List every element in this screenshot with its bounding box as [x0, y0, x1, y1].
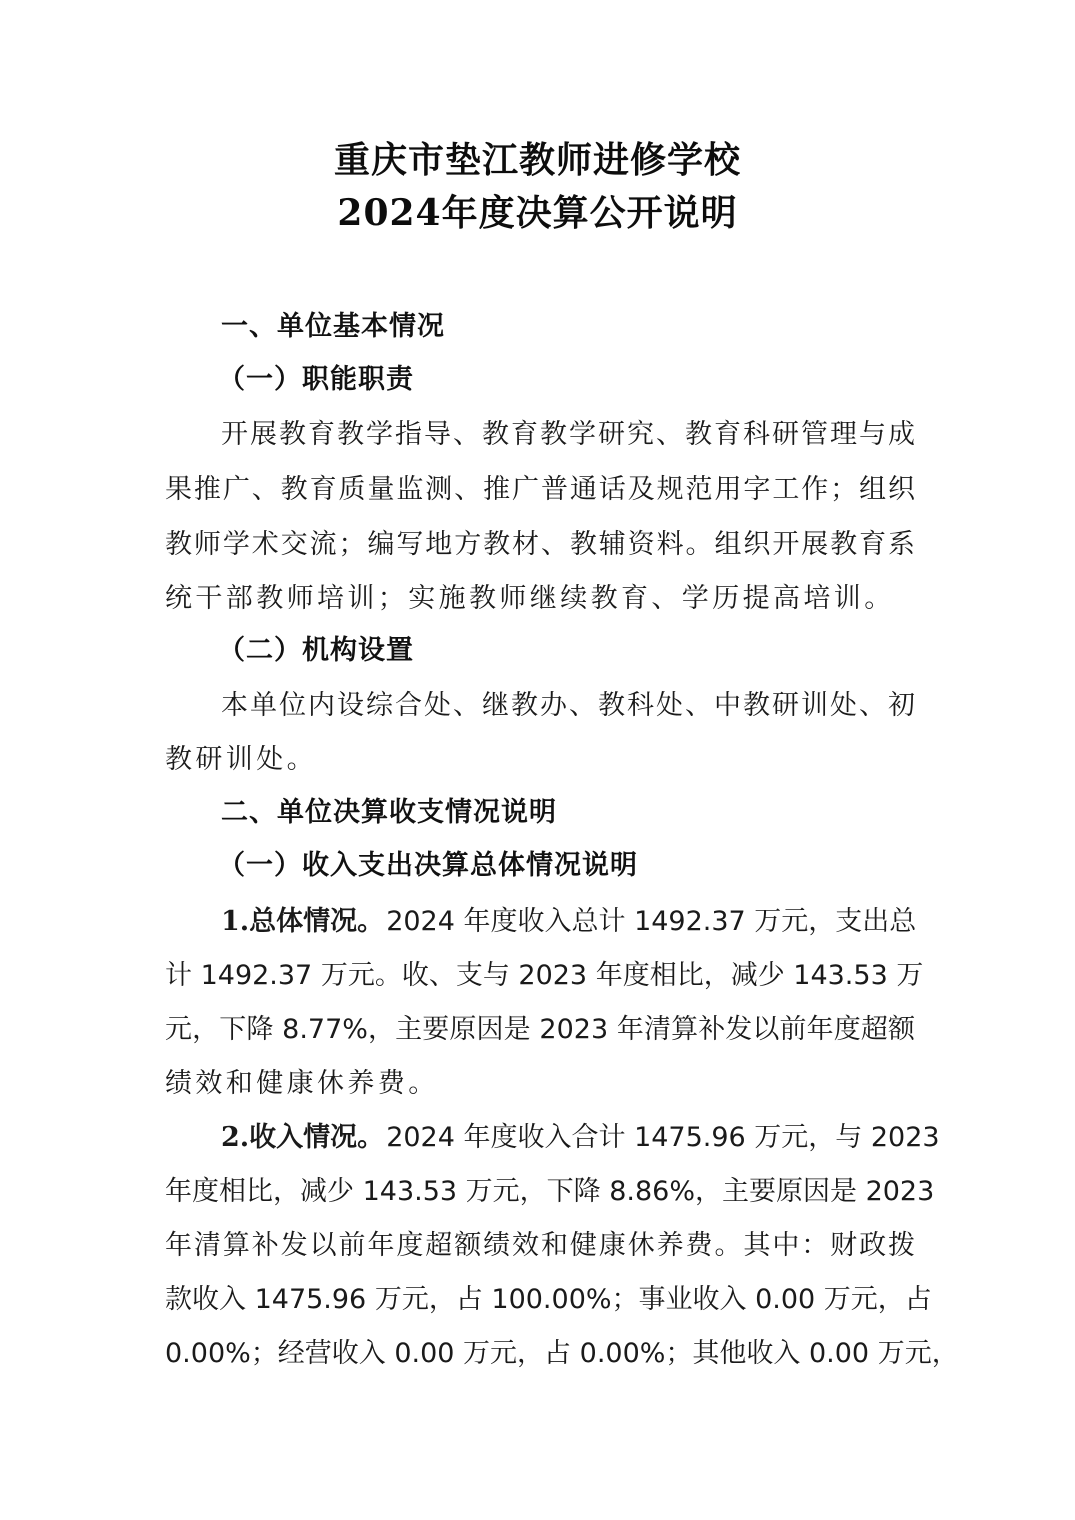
- paragraph-line-with-lead: 2.收入情况。 2024 年度收入合计 1475.96 万元，与 2023: [221, 1122, 915, 1154]
- paragraph-line: 教研训处。: [165, 744, 915, 776]
- paragraph-line-with-lead: 1.总体情况。 2024 年度收入总计 1492.37 万元，支出总: [221, 906, 915, 938]
- paragraph-line: 果推广、教育质量监测、推广普通话及规范用字工作；组织: [165, 474, 915, 506]
- paragraph-line: 款收入 1475.96 万元，占 100.00%；事业收入 0.00 万元，占: [165, 1284, 915, 1316]
- subsection-heading-overall: （一）收入支出决算总体情况说明: [218, 850, 912, 882]
- paragraph-line: 绩效和健康休养费。: [165, 1068, 915, 1100]
- paragraph-line: 统干部教师培训；实施教师继续教育、学历提高培训。: [165, 583, 915, 615]
- document-page: 重庆市垫江教师进修学校 2024年度决算公开说明 一、单位基本情况 （一）职能职…: [0, 0, 1075, 1520]
- paragraph-line: 计 1492.37 万元。收、支与 2023 年度相比，减少 143.53 万: [165, 960, 915, 992]
- paragraph-line: 教师学术交流；编写地方教材、教辅资料。组织开展教育系: [165, 529, 915, 561]
- paragraph-line: 元，下降 8.77%，主要原因是 2023 年清算补发以前年度超额: [165, 1014, 915, 1046]
- paragraph-text: 2024 年度收入总计 1492.37 万元，支出总: [386, 906, 916, 938]
- paragraph-line: 0.00%；经营收入 0.00 万元，占 0.00%；其他收入 0.00 万元，: [165, 1338, 915, 1370]
- paragraph-lead-overall: 1.总体情况。: [221, 906, 384, 938]
- section-heading-unit-basic-info: 一、单位基本情况: [221, 311, 915, 343]
- paragraph-line: 本单位内设综合处、继教办、教科处、中教研训处、初: [221, 690, 915, 722]
- paragraph-line: 年清算补发以前年度超额绩效和健康休养费。其中：财政拨: [165, 1230, 915, 1262]
- document-title-line-2: 2024年度决算公开说明: [0, 193, 1075, 233]
- paragraph-line: 开展教育教学指导、教育教学研究、教育科研管理与成: [221, 419, 915, 451]
- subsection-heading-organization: （二）机构设置: [218, 635, 912, 667]
- paragraph-lead-income: 2.收入情况。: [221, 1122, 384, 1154]
- document-title-line-1: 重庆市垫江教师进修学校: [0, 140, 1075, 180]
- paragraph-line: 年度相比，减少 143.53 万元，下降 8.86%，主要原因是 2023: [165, 1176, 915, 1208]
- paragraph-text: 2024 年度收入合计 1475.96 万元，与 2023: [386, 1122, 939, 1154]
- section-heading-budget-income-expense: 二、单位决算收支情况说明: [221, 797, 915, 829]
- subsection-heading-functions: （一）职能职责: [218, 364, 912, 396]
